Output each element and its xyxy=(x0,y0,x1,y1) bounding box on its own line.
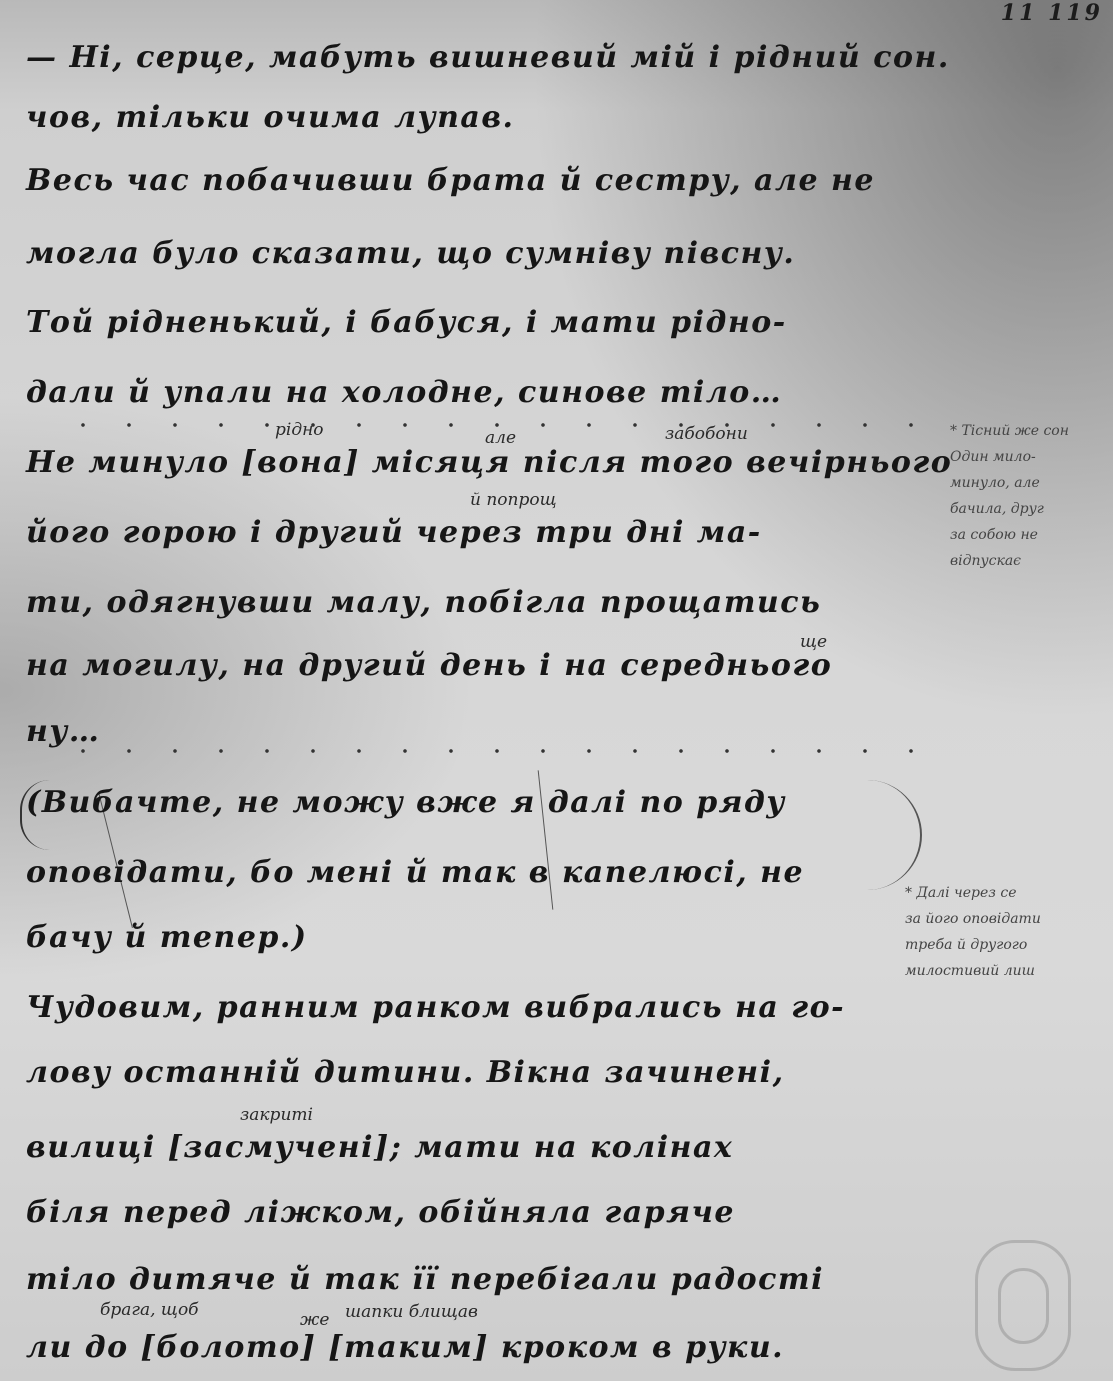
manuscript-line-15: Чудовим, ранним ранком вибрались на го- xyxy=(26,990,845,1025)
manuscript-line-20: ли до [болото] [таким] кроком в руки. xyxy=(26,1330,784,1365)
manuscript-line-12: (Вибачте, не можу вже я далі по ряду xyxy=(26,785,786,820)
manuscript-line-1: — Ні, серце, мабуть вишневий мій і рідни… xyxy=(26,40,950,75)
manuscript-line-9: ти, одягнувши малу, побігла прощатись xyxy=(26,585,821,620)
manuscript-line-3: Весь час побачивши брата й сестру, але н… xyxy=(26,163,875,198)
dotted-separator-2 xyxy=(60,748,930,754)
manuscript-line-6: дали й упали на холодне, синове тіло… xyxy=(26,375,782,410)
manuscript-line-10: на могилу, на другий день і на середньог… xyxy=(26,648,832,683)
manuscript-line-14: бачу й тепер.) xyxy=(26,920,308,955)
insertion-zakryti: закриті xyxy=(240,1105,313,1125)
insertion-poprosh: й попрощ xyxy=(470,490,557,510)
margin-note-1: * Тісний же сон Один мило- минуло, але б… xyxy=(950,418,1069,574)
manuscript-line-8: його горою і другий через три дні ма- xyxy=(26,515,762,550)
manuscript-page: 11 119 — Ні, серце, мабуть вишневий мій … xyxy=(0,0,1113,1381)
insertion-rodno: рідно xyxy=(275,420,324,440)
manuscript-line-7: Не минуло [вона] місяця після того вечір… xyxy=(26,445,952,480)
manuscript-line-19: тіло дитяче й так її перебігали радості xyxy=(26,1262,824,1297)
manuscript-line-16: лову останній дитини. Вікна зачинені, xyxy=(26,1055,785,1090)
insertion-braga: брага, щоб xyxy=(100,1300,199,1320)
archive-stamp xyxy=(975,1240,1071,1371)
insertion-zaboboni: забобони xyxy=(665,424,748,444)
manuscript-line-17: вилиці [засмучені]; мати на колінах xyxy=(26,1130,733,1165)
manuscript-line-11: ну… xyxy=(26,714,100,749)
insertion-shapky: шапки блищав xyxy=(345,1302,478,1322)
insertion-zhe: же xyxy=(300,1310,329,1330)
manuscript-line-4: могла було сказати, що сумніву півсну. xyxy=(26,236,795,271)
manuscript-line-2: чов, тільки очима лупав. xyxy=(26,100,514,135)
page-number: 11 119 xyxy=(1001,0,1103,26)
manuscript-line-13: оповідати, бо мені й так в капелюсі, не xyxy=(26,855,804,890)
bracket-right xyxy=(840,780,922,890)
manuscript-line-18: біля перед ліжком, обійняла гаряче xyxy=(26,1195,735,1230)
margin-note-2: * Далі через се за його оповідати треба … xyxy=(905,880,1041,984)
manuscript-line-5: Той рідненький, і бабуся, і мати рідно- xyxy=(26,305,787,340)
